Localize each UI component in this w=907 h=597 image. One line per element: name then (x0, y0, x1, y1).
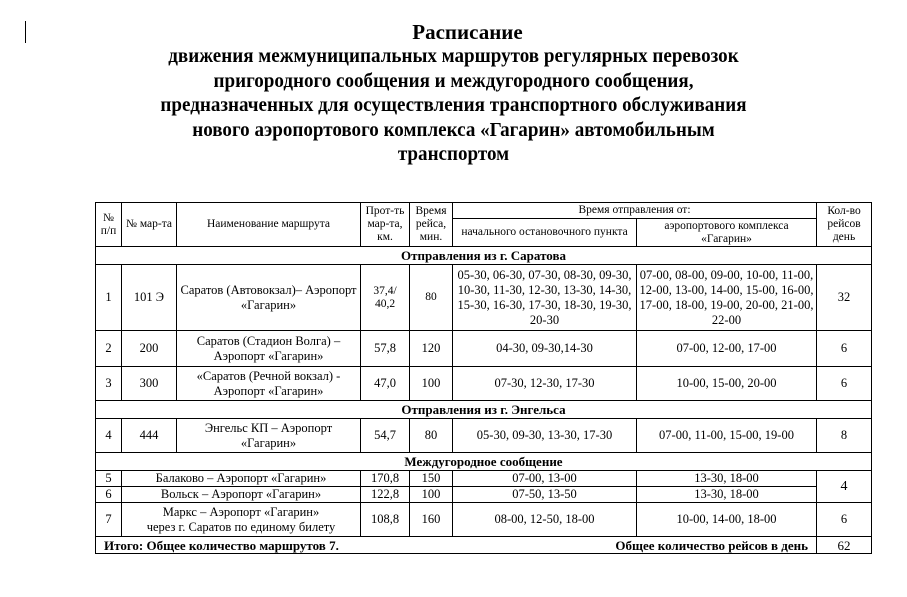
cell-duration: 150 (410, 471, 453, 487)
header-departure-airport: аэропортового комплекса «Гагарин» (637, 219, 817, 247)
cell-from-airport: 07-00, 12-00, 17-00 (637, 331, 817, 367)
section-title: Отправления из г. Энгельса (96, 401, 872, 419)
cell-duration: 80 (410, 419, 453, 453)
cell-from-start: 07-30, 12-30, 17-30 (453, 367, 637, 401)
cell-route-name: «Саратов (Речной вокзал) - Аэропорт «Гаг… (177, 367, 361, 401)
header-length: Прот-ть мар-та, км. (361, 203, 410, 247)
cell-from-airport: 10-00, 15-00, 20-00 (637, 367, 817, 401)
cell-route-num: 101 Э (122, 265, 177, 331)
cell-route-num: 200 (122, 331, 177, 367)
cell-length: 108,8 (361, 503, 410, 537)
total-routes-label: Итого: Общее количество маршрутов 7. (96, 537, 410, 554)
cell-num: 6 (96, 487, 122, 503)
cell-from-start: 08-00, 12-50, 18-00 (453, 503, 637, 537)
cell-length: 37,4/ 40,2 (361, 265, 410, 331)
cell-length: 54,7 (361, 419, 410, 453)
subtitle-line: пригородного сообщения и междугородного … (32, 69, 876, 94)
cell-trips: 6 (817, 367, 872, 401)
cell-length: 122,8 (361, 487, 410, 503)
title-text: Расписание (412, 20, 522, 44)
cell-trips: 8 (817, 419, 872, 453)
cell-from-start: 04-30, 09-30,14-30 (453, 331, 637, 367)
header-duration: Время рейса, мин. (410, 203, 453, 247)
cell-route-num: 300 (122, 367, 177, 401)
header-route-name: Наименование маршрута (177, 203, 361, 247)
subtitle-line: транспортом (32, 142, 876, 167)
header-trips: Кол-во рейсов день (817, 203, 872, 247)
cell-length: 170,8 (361, 471, 410, 487)
cell-num: 5 (96, 471, 122, 487)
schedule-table: № п/п № мар-та Наименование маршрута Про… (95, 202, 872, 554)
subtitle-line: предназначенных для осуществления трансп… (32, 93, 876, 118)
header-num: № п/п (96, 203, 122, 247)
table-row: 2 200 Саратов (Стадион Волга) – Аэропорт… (96, 331, 872, 367)
cell-duration: 100 (410, 367, 453, 401)
table-row: 1 101 Э Саратов (Автовокзал)– Аэропорт «… (96, 265, 872, 331)
table-row: 4 444 Энгельс КП – Аэропорт «Гагарин» 54… (96, 419, 872, 453)
route-name-line: Маркс – Аэропорт «Гагарин» (123, 505, 359, 520)
cell-route-name: Энгельс КП – Аэропорт «Гагарин» (177, 419, 361, 453)
cell-num: 4 (96, 419, 122, 453)
cell-from-start: 07-00, 13-00 (453, 471, 637, 487)
table-row: 7 Маркс – Аэропорт «Гагарин» через г. Са… (96, 503, 872, 537)
cell-duration: 80 (410, 265, 453, 331)
cell-trips: 6 (817, 331, 872, 367)
cell-from-airport: 07-00, 11-00, 15-00, 19-00 (637, 419, 817, 453)
cell-num: 1 (96, 265, 122, 331)
document-title-block: Расписание движения межмуниципальных мар… (0, 20, 907, 167)
cell-from-airport: 13-30, 18-00 (637, 471, 817, 487)
header-route-num: № мар-та (122, 203, 177, 247)
header-departure-group: Время отправления от: (453, 203, 817, 219)
cell-from-start: 05-30, 06-30, 07-30, 08-30, 09-30, 10-30… (453, 265, 637, 331)
totals-row: Итого: Общее количество маршрутов 7. Общ… (96, 537, 872, 554)
subtitle-line: нового аэропортового комплекса «Гагарин»… (32, 118, 876, 143)
cell-from-airport: 13-30, 18-00 (637, 487, 817, 503)
document-title: Расписание (28, 20, 907, 44)
cell-route-name: Маркс – Аэропорт «Гагарин» через г. Сара… (122, 503, 361, 537)
cell-from-airport: 10-00, 14-00, 18-00 (637, 503, 817, 537)
cell-num: 2 (96, 331, 122, 367)
table-row: 6 Вольск – Аэропорт «Гагарин» 122,8 100 … (96, 487, 872, 503)
total-trips-label: Общее количество рейсов в день (410, 537, 817, 554)
cell-num: 7 (96, 503, 122, 537)
cell-route-name: Вольск – Аэропорт «Гагарин» (122, 487, 361, 503)
cell-route-name: Саратов (Автовокзал)– Аэропорт «Гагарин» (177, 265, 361, 331)
section-title: Отправления из г. Саратова (96, 247, 872, 265)
cell-length: 57,8 (361, 331, 410, 367)
cell-route-num: 444 (122, 419, 177, 453)
cell-num: 3 (96, 367, 122, 401)
cell-from-start: 05-30, 09-30, 13-30, 17-30 (453, 419, 637, 453)
cell-trips: 6 (817, 503, 872, 537)
cell-trips: 4 (817, 471, 872, 503)
table-row: 3 300 «Саратов (Речной вокзал) - Аэропор… (96, 367, 872, 401)
cell-duration: 120 (410, 331, 453, 367)
cell-duration: 100 (410, 487, 453, 503)
cell-route-name: Саратов (Стадион Волга) – Аэропорт «Гага… (177, 331, 361, 367)
cell-route-name: Балаково – Аэропорт «Гагарин» (122, 471, 361, 487)
section-title: Междугородное сообщение (96, 453, 872, 471)
header-departure-start: начального остановочного пункта (453, 219, 637, 247)
cell-from-start: 07-50, 13-50 (453, 487, 637, 503)
cell-duration: 160 (410, 503, 453, 537)
table-row: 5 Балаково – Аэропорт «Гагарин» 170,8 15… (96, 471, 872, 487)
route-name-line: через г. Саратов по единому билету (123, 520, 359, 535)
cell-trips: 32 (817, 265, 872, 331)
total-trips-value: 62 (817, 537, 872, 554)
text-cursor (25, 21, 26, 43)
cell-from-airport: 07-00, 08-00, 09-00, 10-00, 11-00, 12-00… (637, 265, 817, 331)
cell-length: 47,0 (361, 367, 410, 401)
subtitle-line: движения межмуниципальных маршрутов регу… (32, 44, 876, 69)
